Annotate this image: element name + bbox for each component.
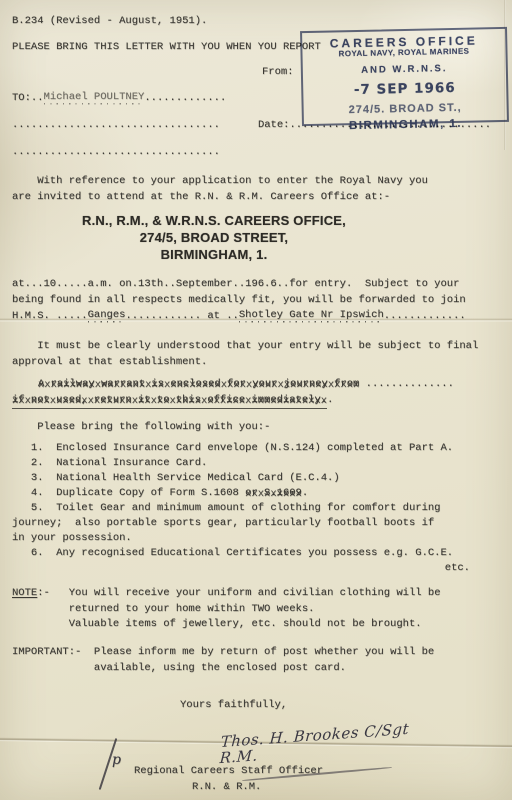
period: .: [302, 487, 308, 499]
stamp-wrns-line: AND W.R.N.S.: [303, 60, 506, 80]
officer-title: Regional Careers Staff Officer: [134, 763, 500, 779]
note-text-1: You will receive your uniform and civili…: [50, 587, 441, 599]
form-number: B.234 (Revised - August, 1951).: [12, 13, 500, 29]
to-label: TO:..: [12, 92, 44, 104]
intro-line-1: With reference to your application to en…: [12, 173, 500, 189]
struck-text: if not used, return it to this office im…: [12, 392, 327, 409]
stamp-date: -7 SEP 1966: [303, 79, 506, 99]
address-stamp-line-2: 274/5, BROAD STREET,: [70, 229, 358, 246]
etcetera: etc.: [12, 561, 500, 576]
final-approval-paragraph: It must be clearly understood that your …: [12, 338, 500, 370]
address-stamp-line-3: BIRMINGHAM, 1.: [70, 246, 358, 263]
hms-prefix: H.M.S. .....: [12, 310, 88, 322]
approval-line-2: approval at that establishment.: [12, 354, 500, 370]
items-to-bring-list: 1. Enclosed Insurance Card envelope (N.S…: [12, 441, 500, 576]
overtype-x-strike: xxxxxxxxx: [245, 487, 302, 502]
railway-line-2: if not used, return it to this office im…: [12, 392, 500, 409]
list-item-continuation: in your possession.: [12, 531, 500, 546]
important-label: IMPORTANT:-: [12, 646, 81, 658]
railway-warrant-paragraph-struck: A railway warrant is enclosed for your j…: [12, 376, 500, 409]
dotted-line: ..............: [359, 378, 454, 390]
list-item: 1. Enclosed Insurance Card envelope (N.S…: [12, 441, 500, 456]
note-line-2: returned to your home within TWO weeks.: [12, 602, 500, 618]
dotted-line-row: .................................: [12, 144, 500, 160]
struck-text: or S.1609xxxxxxxxx: [245, 486, 302, 501]
overtype-x-strike: xxxxxxxxxxxxxxxxxxxxxxxxxxxxxxxxxxxxxxxx…: [38, 377, 359, 393]
list-item: 3. National Health Service Medical Card …: [12, 471, 500, 486]
letter-document: CAREERS OFFICE ROYAL NAVY, ROYAL MARINES…: [0, 0, 512, 800]
dotted-line: ............ at ..: [125, 310, 238, 322]
dotted-line: .................................: [12, 146, 220, 158]
bring-following-intro: Please bring the following with you:-: [12, 419, 500, 435]
handwritten-pp-mark: p: [112, 752, 121, 768]
note-label: NOTE: [12, 587, 37, 599]
intro-line-2: are invited to attend at the R.N. & R.M.…: [12, 189, 500, 205]
entry-time-line: at...10.....a.m. on.13th..September..196…: [12, 276, 500, 292]
dotted-line: .................................: [12, 119, 220, 131]
note-block: NOTE:- You will receive your uniform and…: [12, 586, 500, 633]
railway-line-1: A railway warrant is enclosed for your j…: [12, 376, 500, 392]
list-item: 6. Any recognised Educational Certificat…: [12, 546, 500, 561]
dotted-line: .............: [384, 310, 466, 322]
officer-organisation: R.N. & R.M.: [192, 779, 500, 795]
important-line-2: available, using the enclosed post card.: [12, 660, 500, 676]
list-item: 4. Duplicate Copy of Form S.1608 or S.16…: [12, 486, 500, 501]
list-item: 2. National Insurance Card.: [12, 456, 500, 471]
dotted-line: .............: [144, 92, 226, 104]
note-line-1: NOTE:- You will receive your uniform and…: [12, 586, 500, 602]
recipient-name: Michael POULTNEY: [44, 89, 145, 105]
note-line-3: Valuable items of jewellery, etc. should…: [12, 617, 500, 633]
approval-line-1: It must be clearly understood that your …: [12, 338, 500, 354]
date-label: Date:: [258, 119, 290, 131]
valediction: Yours faithfully,: [180, 697, 500, 713]
important-line-1: IMPORTANT:- Please inform me by return o…: [12, 644, 500, 660]
entry-details-paragraph: at...10.....a.m. on.13th..September..196…: [12, 276, 500, 324]
handwritten-signature: Thos. H. Brookes C/Sgt R.M.: [219, 717, 451, 765]
period: .: [327, 394, 333, 406]
ship-location: Shotley Gate Nr Ipswich: [239, 307, 384, 323]
entry-ship-line: H.M.S. .....Ganges............ at ..Shot…: [12, 308, 500, 324]
important-text-1: Please inform me by return of post wheth…: [81, 646, 434, 658]
important-block: IMPORTANT:- Please inform me by return o…: [12, 644, 500, 676]
list-item: 5. Toilet Gear and minimum amount of clo…: [12, 501, 500, 516]
address-stamp-line-1: R.N., R.M., & W.R.N.S. CAREERS OFFICE,: [70, 212, 358, 229]
ship-name: Ganges: [88, 307, 126, 323]
careers-office-address-stamp: R.N., R.M., & W.R.N.S. CAREERS OFFICE, 2…: [70, 212, 358, 263]
struck-text: A railway warrant is enclosed for your j…: [38, 376, 359, 392]
list-item-continuation: journey; also portable sports gear, part…: [12, 516, 500, 531]
overtype-x-strike: xxxxxxxxxxxxxxxxxxxxxxxxxxxxxxxxxxxxxxxx…: [12, 393, 327, 409]
item4-prefix: 4. Duplicate Copy of Form S.1608: [12, 487, 245, 499]
intro-paragraph: With reference to your application to en…: [12, 173, 500, 205]
careers-office-date-stamp: CAREERS OFFICE ROYAL NAVY, ROYAL MARINES…: [300, 27, 509, 126]
from-label: From:: [262, 66, 294, 78]
note-label-suffix: :-: [37, 587, 50, 599]
